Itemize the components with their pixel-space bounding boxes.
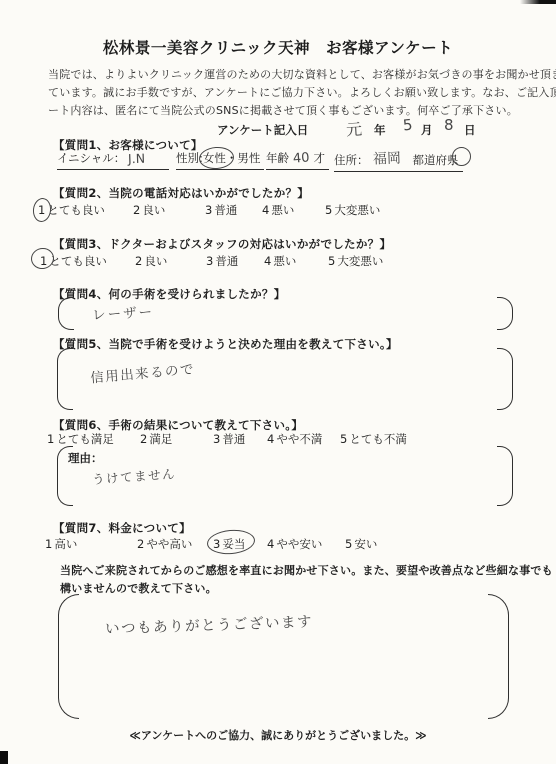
handwritten-month: 5 bbox=[402, 116, 413, 135]
q6-option-2: 2満足 bbox=[140, 431, 172, 447]
handwritten-day: 8 bbox=[444, 116, 454, 134]
closing-thanks-text: ≪アンケートへのご協力、誠にありがとうございました。≫ bbox=[0, 727, 556, 743]
handwritten-initial: J.N bbox=[128, 151, 146, 167]
q2-header: 【質問2、当院の電話対応はいかがでしたか？】 bbox=[53, 185, 309, 201]
handwritten-circle-q2-answer bbox=[32, 197, 53, 223]
q3-option-4: 4悪い bbox=[264, 253, 296, 269]
q5-header: 【質問5、当院で手術を受けようと決めた理由を教えて下さい。】 bbox=[53, 336, 398, 352]
q3-option-2: 2良い bbox=[135, 253, 167, 269]
intro-text-line: ています。誠にお手数ですが、アンケートにご協力下さい。よろしくお願い致します。な… bbox=[48, 84, 556, 100]
q6-option-4: 4やや不満 bbox=[267, 431, 322, 447]
scan-artifact-bottom-left bbox=[0, 751, 8, 764]
handwritten-address: 福岡 bbox=[372, 148, 401, 169]
scan-artifact-top-right bbox=[520, 0, 556, 4]
handwritten-era: 元 bbox=[345, 117, 362, 141]
q7-option-2: 2やや高い bbox=[137, 536, 192, 552]
q6-option-3: 3普通 bbox=[213, 431, 245, 447]
age-label: 年齢 bbox=[266, 150, 289, 166]
q2-option-2: 2良い bbox=[133, 202, 165, 218]
handwritten-q5-answer: 信用出来るので bbox=[89, 357, 195, 386]
survey-date-label: アンケート記入日 bbox=[217, 122, 308, 138]
q3-option-3: 3普通 bbox=[206, 253, 238, 269]
q6-reason-label: 理由： bbox=[68, 450, 103, 466]
comment-box-left-bracket bbox=[58, 594, 79, 719]
q7-option-1: 1高い bbox=[45, 536, 77, 552]
q5-answer-box-right-bracket bbox=[497, 348, 513, 410]
q2-option-3: 3普通 bbox=[205, 202, 237, 218]
q3-header: 【質問3、ドクターおよびスタッフの対応はいかがでしたか？】 bbox=[53, 236, 391, 252]
q4-header: 【質問4、何の手術を受けられましたか？】 bbox=[53, 286, 286, 302]
q3-option-5: 5大変悪い bbox=[328, 253, 383, 269]
comment-prompt-line: 構いませんので教えて下さい。 bbox=[60, 580, 217, 596]
handwritten-circle-q7-answer bbox=[206, 528, 256, 556]
q1-address-field: 住所： 福岡 都道府県 bbox=[334, 148, 463, 172]
address-label: 住所： bbox=[334, 152, 369, 168]
q6-option-1: 1とても満足 bbox=[47, 431, 114, 447]
handwritten-age: 40 bbox=[292, 150, 310, 166]
q5-answer-box-left-bracket bbox=[57, 348, 73, 410]
era-unit-label: 年 bbox=[374, 122, 386, 138]
q4-answer-box-left-bracket bbox=[58, 297, 74, 330]
scanned-survey-page: 松林景一美容クリニック天神 お客様アンケート 当院では、よりよいクリニック運営の… bbox=[0, 0, 556, 764]
handwritten-q6-reason: うけてません bbox=[91, 464, 176, 488]
q1-initial-field: イニシャル： J.N bbox=[57, 150, 169, 170]
q2-option-4: 4悪い bbox=[262, 202, 294, 218]
q4-answer-box-right-bracket bbox=[497, 297, 513, 330]
q7-option-4: 4やや安い bbox=[267, 536, 322, 552]
initial-label: イニシャル： bbox=[57, 150, 125, 166]
q7-option-5: 5安い bbox=[345, 536, 377, 552]
q2-option-5: 5大変悪い bbox=[325, 202, 380, 218]
q6-reason-box-right-bracket bbox=[497, 446, 513, 506]
q6-option-5: 5とても不満 bbox=[340, 431, 407, 447]
handwritten-q4-answer: レーザー bbox=[92, 300, 155, 323]
month-unit-label: 月 bbox=[421, 122, 433, 138]
age-unit-label: 才 bbox=[314, 150, 326, 166]
intro-text-line: 当院では、よりよいクリニック運営のための大切な資料として、お客様がお気づきの事を… bbox=[48, 66, 556, 82]
handwritten-comment: いつもありがとうございます bbox=[105, 610, 314, 638]
comment-prompt-line: 当院へご来院されてからのご感想を率直にお聞かせ下さい。また、要望や改善点など些細… bbox=[60, 562, 553, 578]
day-unit-label: 日 bbox=[464, 122, 476, 138]
q7-header: 【質問7、料金について】 bbox=[53, 520, 191, 536]
q1-age-field: 年齢 40 才 bbox=[266, 150, 329, 170]
comment-box-right-bracket bbox=[488, 594, 509, 719]
page-title: 松林景一美容クリニック天神 お客様アンケート bbox=[0, 36, 556, 58]
handwritten-circle-prefecture bbox=[452, 147, 471, 166]
